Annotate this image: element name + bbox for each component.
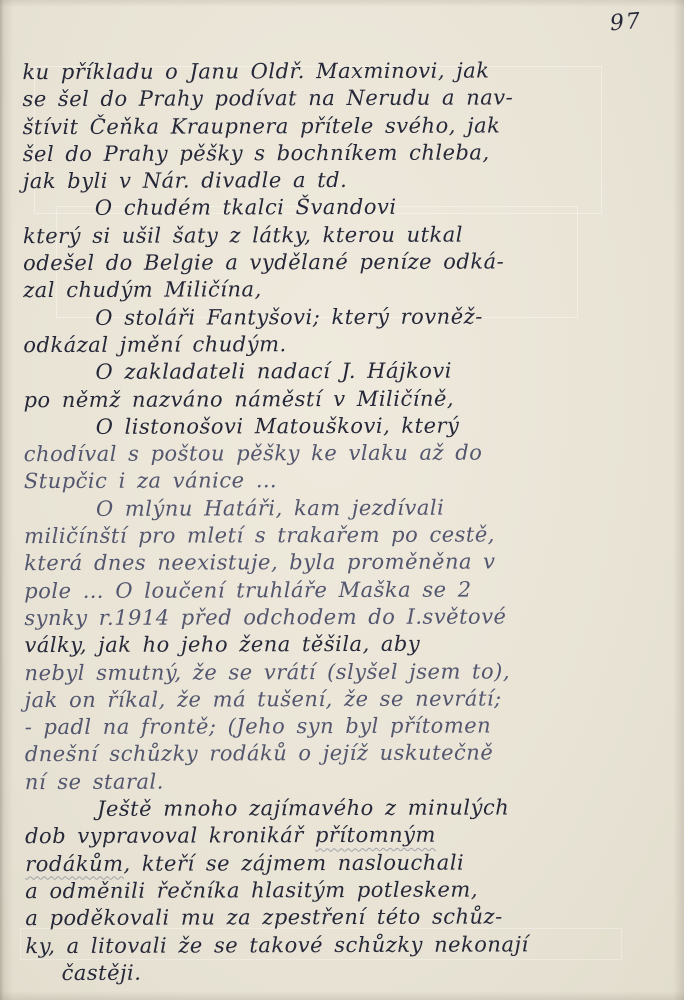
line-text: odešel do Belgie a vydělané peníze odká- [23,250,504,276]
manuscript-line: šel do Prahy pěšky s bochníkem chleba, [23,139,663,169]
line-text: a odměnili řečníka hlasitým potleskem, [25,877,478,903]
line-text: štívit Čeňka Kraupnera přítele svého, ja… [23,113,501,139]
line-text: po němž nazváno náměstí v Miličíně, [24,386,455,412]
line-text: miličínští pro mletí s trakařem po cestě… [24,523,495,549]
manuscript-line: ky, a litovali že se takové schůzky neko… [25,930,665,960]
line-text: zal chudým Miličína, [23,278,262,303]
line-text: O listonošovi Matouškovi, který [96,413,460,438]
manuscript-line: nebyl smutný, že se vrátí (slyšel jsem t… [24,657,664,687]
manuscript-line: O chudém tkalci Švandovi [23,193,663,223]
manuscript-line: rodákům, kteří se zájmem naslouchali [25,848,665,878]
manuscript-line: Stupčic i za vánice … [24,466,664,496]
manuscript-line: odkázal jmění chudým. [23,330,663,360]
manuscript-line: O mlýnu Hatáři, kam jezdívali [24,494,664,524]
line-text: chodíval s poštou pěšky ke vlaku až do [24,441,483,467]
line-text: dnešní schůzky rodáků o jejíž uskutečně [25,741,494,767]
manuscript-line: odešel do Belgie a vydělané peníze odká- [23,248,663,278]
line-text: , kteří se zájmem naslouchali [123,850,464,875]
manuscript-line: synky r.1914 před odchodem do I.světové [24,603,664,633]
line-text: O zakladateli nadací J. Hájkovi [95,359,452,384]
manuscript-line: O zakladateli nadací J. Hájkovi [23,357,663,387]
line-text: O mlýnu Hatáři, kam jezdívali [96,495,444,520]
manuscript-page: 97 ku příkladu o Janu Oldř. Maxminovi, j… [0,0,684,1000]
manuscript-line: O listonošovi Matouškovi, který [24,412,664,442]
manuscript-line: jak on říkal, že má tušení, že se nevrát… [25,685,665,715]
manuscript-text: ku příkladu o Janu Oldř. Maxminovi, jaks… [22,57,665,987]
manuscript-line: štívit Čeňka Kraupnera přítele svého, ja… [23,111,663,141]
manuscript-line: ku příkladu o Janu Oldř. Maxminovi, jak [22,57,662,87]
manuscript-line: zal chudým Miličína, [23,275,663,305]
manuscript-line: jak byli v Nár. divadle a td. [23,166,663,196]
line-text: pole … O loučení truhláře Maška se 2 [24,577,471,603]
manuscript-line: který si ušil šaty z látky, kterou utkal [23,221,663,251]
manuscript-line: dnešní schůzky rodáků o jejíž uskutečně [25,739,665,769]
line-text: synky r.1914 před odchodem do I.světové [24,604,506,630]
line-text: O chudém tkalci Švandovi [95,195,397,220]
line-text: - padl na frontě; (Jeho syn byl přítomen [25,714,492,740]
manuscript-line: pole … O loučení truhláře Maška se 2 [24,576,664,606]
line-text: nebyl smutný, že se vrátí (slyšel jsem t… [24,659,510,685]
line-text: častěji. [62,961,142,985]
manuscript-line: války, jak ho jeho žena těšila, aby [24,630,664,660]
page-number: 97 [609,9,643,37]
line-text: jak on říkal, že má tušení, že se nevrát… [25,686,502,712]
manuscript-line: chodíval s poštou pěšky ke vlaku až do [24,439,664,469]
line-text: a poděkovali mu za zpestření této schůz- [25,905,502,931]
manuscript-line: dob vypravoval kronikář přítomným [25,821,665,851]
manuscript-line: - padl na frontě; (Jeho syn byl přítomen [25,712,665,742]
line-text: Ještě mnoho zajímavého z minulých [97,795,509,820]
line-text: odkázal jmění chudým. [23,332,286,357]
underlined-word: přítomným [315,823,436,847]
manuscript-line: a odměnili řečníka hlasitým potleskem, [25,876,665,906]
line-text: šel do Prahy pěšky s bochníkem chleba, [23,140,490,166]
line-text: války, jak ho jeho žena těšila, aby [24,632,420,657]
line-text: Stupčic i za vánice … [24,469,277,494]
line-text: dob vypravoval kronikář [25,823,315,848]
manuscript-line: O stoláři Fantyšovi; který rovněž- [23,303,663,333]
line-text: se šel do Prahy podívat na Nerudu a nav- [22,86,513,112]
line-text: který si ušil šaty z látky, kterou utkal [23,222,463,248]
line-text: jak byli v Nár. divadle a td. [23,168,348,193]
underlined-word: rodákům [25,851,123,875]
manuscript-line: a poděkovali mu za zpestření této schůz- [25,903,665,933]
manuscript-line: která dnes neexistuje, byla proměněna v [24,548,664,578]
manuscript-line: miličínští pro mletí s trakařem po cestě… [24,521,664,551]
manuscript-line: častěji. [26,958,666,988]
manuscript-line: po němž nazváno náměstí v Miličíně, [24,384,664,414]
line-text: která dnes neexistuje, byla proměněna v [24,550,495,576]
line-text: ky, a litovali že se takové schůzky neko… [25,932,528,958]
manuscript-line: se šel do Prahy podívat na Nerudu a nav- [22,84,662,114]
line-text: O stoláři Fantyšovi; který rovněž- [95,304,483,329]
manuscript-line: Ještě mnoho zajímavého z minulých [25,794,665,824]
line-text: ku příkladu o Janu Oldř. Maxminovi, jak [22,58,489,84]
line-text: ní se staral. [25,769,164,793]
manuscript-line: ní se staral. [25,767,665,797]
